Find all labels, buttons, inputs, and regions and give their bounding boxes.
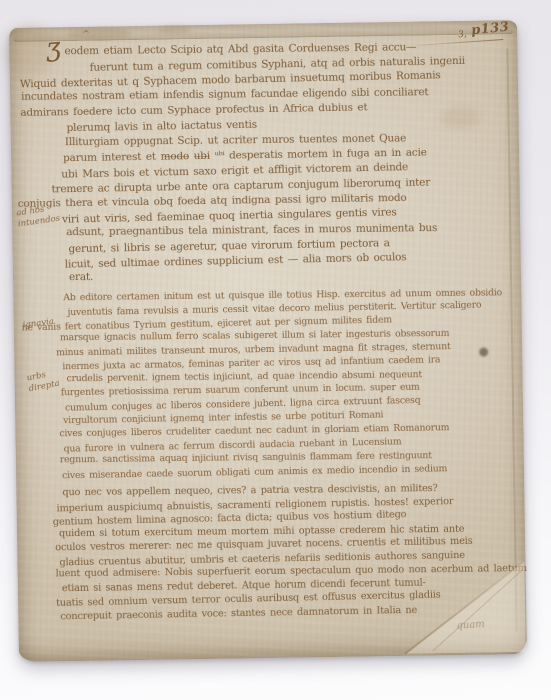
manuscript-text: eodem etiam Lecto Scipio atq Abd gasita … xyxy=(19,38,520,623)
photo-background: { "photo": { "background_top": "#e7e5e9"… xyxy=(0,0,551,700)
manuscript-page: 3, p133 ^ Ʒ eodem etiam Lecto Scipio atq… xyxy=(9,20,527,662)
paragraph-3: quo nec vos appellem nequeo, cives? a pa… xyxy=(26,480,520,623)
folio-page-mark: p133 xyxy=(470,20,510,39)
insertion-caret: ^ xyxy=(82,30,90,40)
paragraph-1: eodem etiam Lecto Scipio atq Abd gasita … xyxy=(19,38,515,287)
paragraph-2: Ab editore certamen initum est ut quisqu… xyxy=(23,285,518,482)
margin-notes: ad hos intuendosignaviaurbs direpta xyxy=(9,20,517,28)
manuscript-line: erat. xyxy=(69,265,515,285)
